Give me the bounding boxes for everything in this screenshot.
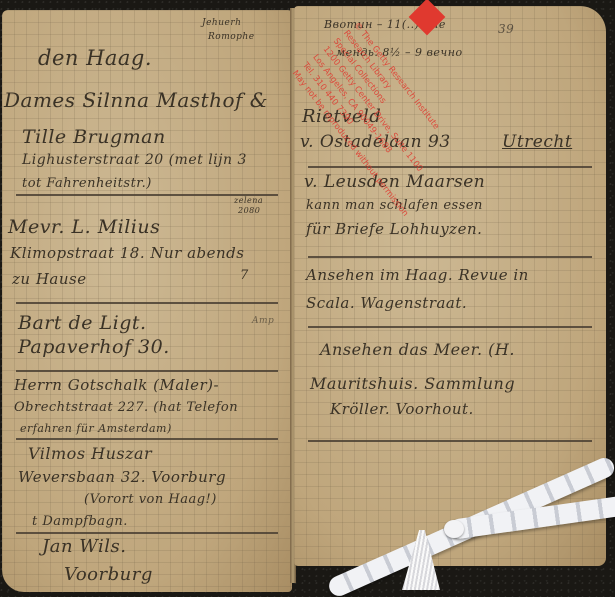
page-heading: den Haag. — [38, 46, 152, 70]
top-note-line-1: Jehuerh — [202, 18, 241, 28]
entry-6-line-1: Jan Wils. — [42, 536, 126, 557]
entry-2-line-1: Mevr. L. Milius — [8, 216, 160, 238]
entry-2-side-note-1: zelena — [234, 196, 263, 205]
entry-5-line-2: Weversbaan 32. Voorburg — [18, 468, 226, 486]
entry-3-mark: Amp — [252, 316, 274, 326]
entry-5-line-3: (Vorort von Haag!) — [84, 492, 217, 507]
entry-6-line-2: Voorburg — [64, 564, 153, 585]
entry-3-line-1: Bart de Ligt. — [18, 312, 147, 334]
notebook-left-page: Jehuerh Romophe den Haag. Dames Silnna M… — [2, 10, 292, 592]
entry-4-line-3: Kröller. Voorhout. — [330, 400, 474, 418]
entry-5-line-1: Vilmos Huszar — [28, 444, 152, 463]
entry-4-line-1: Herrn Gotschalk (Maler)- — [14, 376, 219, 394]
ribbon-knot — [444, 520, 464, 538]
entry-2-line-3: für Briefe Lohhuyzen. — [306, 220, 482, 238]
entry-4-line-2: Obrechtstraat 227. (hat Telefon — [14, 400, 238, 415]
entry-1-line-3: Lighusterstraat 20 (met lijn 3 — [22, 152, 247, 168]
entry-3-line-2: Scala. Wagenstraat. — [306, 294, 467, 312]
top-note-line-2: Romophe — [208, 32, 255, 42]
entry-3-line-2: Papaverhof 30. — [18, 336, 170, 358]
entry-5-line-4: t Dampfbagn. — [32, 514, 128, 529]
divider-line — [16, 438, 278, 440]
entry-4-line-2: Mauritshuis. Sammlung — [310, 374, 515, 393]
entry-1-line-2: Tille Brugman — [22, 126, 166, 148]
divider-line — [308, 326, 592, 328]
corner-mark: 39 — [498, 22, 514, 36]
divider-line — [16, 302, 278, 304]
divider-line — [16, 532, 278, 534]
entry-2-extra: 7 — [240, 268, 249, 283]
divider-line — [308, 440, 592, 442]
entry-2-line-2: Klimopstraat 18. Nur abends — [10, 244, 244, 262]
entry-4-line-1: Ansehen das Meer. (H. — [320, 340, 515, 359]
divider-line — [308, 256, 592, 258]
entry-2-line-3: zu Hause — [12, 270, 87, 288]
divider-line — [16, 370, 278, 372]
entry-1-line-1: Dames Silnna Masthof & — [4, 88, 268, 112]
entry-1-line-3: Utrecht — [502, 132, 572, 152]
entry-4-line-3: erfahren für Amsterdam) — [20, 422, 172, 435]
entry-3-line-1: Ansehen im Haag. Revue in — [306, 266, 529, 284]
entry-2-side-note-2: 2080 — [238, 206, 260, 215]
entry-1-line-4: tot Fahrenheitstr.) — [22, 176, 152, 191]
